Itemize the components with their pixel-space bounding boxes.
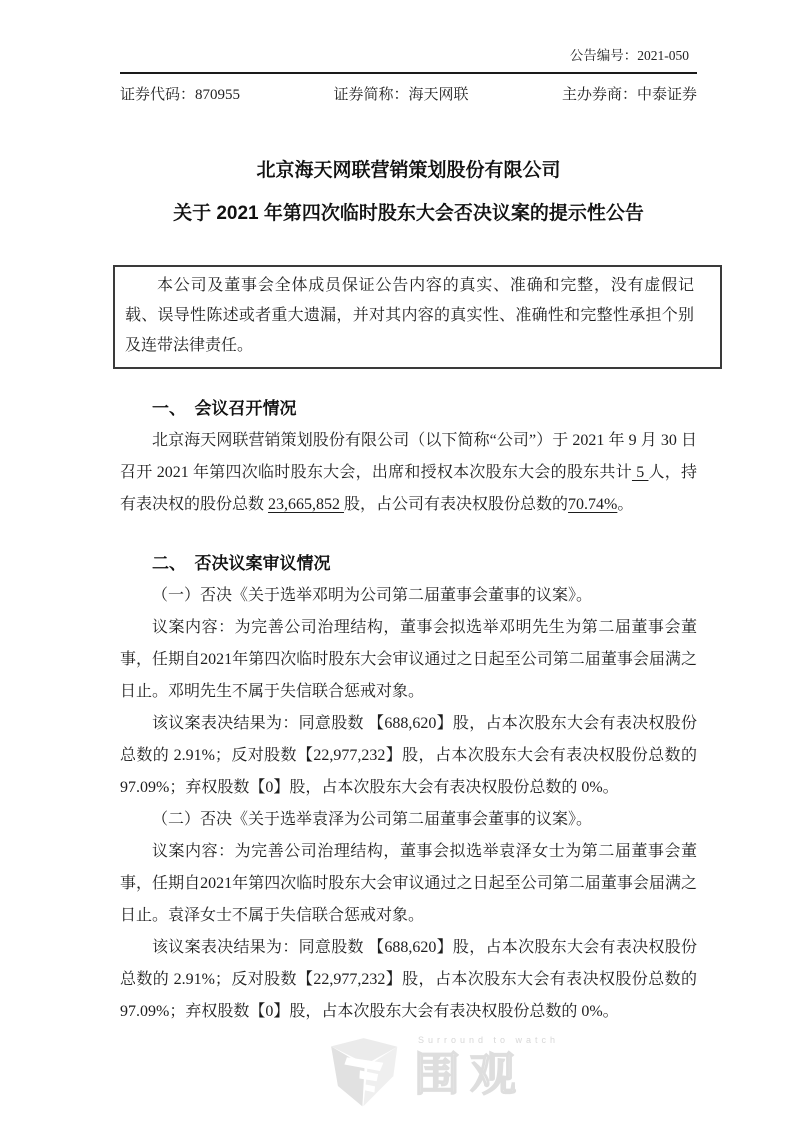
securities-code: 证券代码：870955 xyxy=(120,85,240,105)
document-subtitle: 关于 2021 年第四次临时股东大会否决议案的提示性公告 xyxy=(120,201,697,227)
header-divider xyxy=(120,72,697,74)
securities-abbr: 证券简称：海天网联 xyxy=(333,85,468,105)
company-title: 北京海天网联营销策划股份有限公司 xyxy=(120,158,697,184)
document-content: 公告编号：2021-050 证券代码：870955 证券简称：海天网联 主办券商… xyxy=(120,0,697,1028)
item-1-result: 该议案表决结果为：同意股数 【688,620】股，占本次股东大会有表决权股份总数… xyxy=(120,708,697,804)
disclaimer-text: 本公司及董事会全体成员保证公告内容的真实、准确和完整，没有虚假记载、误导性陈述或… xyxy=(125,271,694,361)
watermark-tagline: Surround to watch xyxy=(414,1034,559,1046)
section-2-heading: 二、 否决议案审议情况 xyxy=(120,548,697,580)
disclaimer-box: 本公司及董事会全体成员保证公告内容的真实、准确和完整，没有虚假记载、误导性陈述或… xyxy=(113,265,722,369)
notice-number: 公告编号：2021-050 xyxy=(120,0,697,65)
sponsor-broker: 主办券商：中泰证券 xyxy=(562,85,697,105)
voting-percentage-underlined: 70.74% xyxy=(568,496,617,513)
meeting-text-1: 北京海天网联营销策划股份有限公司（以下简称“公司”）于 2021 年 9 月 3… xyxy=(120,432,697,481)
document-page: 公告编号：2021-050 证券代码：870955 证券简称：海天网联 主办券商… xyxy=(0,0,800,1131)
attendee-count-underlined: 5 xyxy=(632,464,649,481)
watermark-texts: Surround to watch 围观 xyxy=(414,1034,559,1100)
watermark-logo-text: 围观 xyxy=(414,1048,559,1100)
item-2-title: （二）否决《关于选举袁泽为公司第二届董事会董事的议案》。 xyxy=(120,804,697,836)
shield-icon xyxy=(328,1034,405,1111)
item-2-content: 议案内容：为完善公司治理结构，董事会拟选举袁泽女士为第二届董事会董事，任期自20… xyxy=(120,836,697,932)
voting-shares-underlined: 23,665,852 xyxy=(268,496,344,513)
watermark: Surround to watch 围观 xyxy=(330,1034,559,1108)
meeting-text-4: 。 xyxy=(617,496,633,513)
meeting-text-3: 股，占公司有表决权股份总数的 xyxy=(344,496,568,513)
item-1-content: 议案内容：为完善公司治理结构，董事会拟选举邓明先生为第二届董事会董事，任期自20… xyxy=(120,612,697,708)
securities-info-row: 证券代码：870955 证券简称：海天网联 主办券商：中泰证券 xyxy=(120,85,697,105)
meeting-paragraph: 北京海天网联营销策划股份有限公司（以下简称“公司”）于 2021 年 9 月 3… xyxy=(120,425,697,521)
item-2-result: 该议案表决结果为：同意股数 【688,620】股，占本次股东大会有表决权股份总数… xyxy=(120,932,697,1028)
item-1-title: （一）否决《关于选举邓明为公司第二届董事会董事的议案》。 xyxy=(120,580,697,612)
section-1-heading: 一、 会议召开情况 xyxy=(120,393,697,425)
